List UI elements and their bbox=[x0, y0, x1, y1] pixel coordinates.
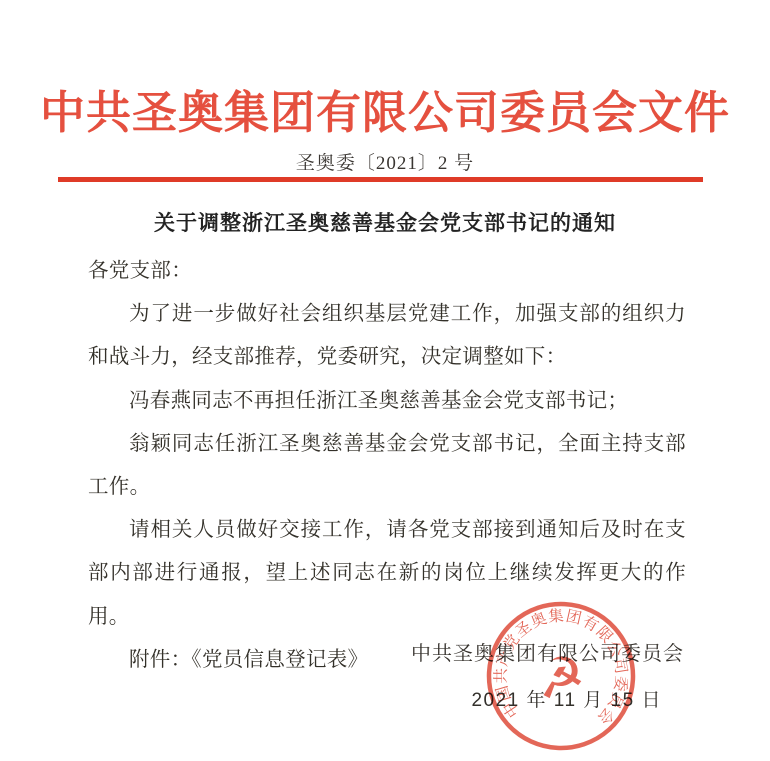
body-paragraph: 冯春燕同志不再担任浙江圣奥慈善基金会党支部书记； bbox=[88, 380, 686, 423]
letterhead-red-rule bbox=[58, 177, 703, 182]
scanned-document-page: 中共圣奥集团有限公司委员会文件 圣奥委〔2021〕2 号 关于调整浙江圣奥慈善基… bbox=[0, 0, 770, 761]
body-paragraph: 为了进一步做好社会组织基层党建工作，加强支部的组织力和战斗力，经支部推荐，党委研… bbox=[88, 293, 686, 379]
hammer-and-sickle-icon: ☭ bbox=[532, 643, 590, 713]
document-title: 关于调整浙江圣奥慈善基金会党支部书记的通知 bbox=[0, 207, 770, 237]
letterhead-org-title: 中共圣奥集团有限公司委员会文件 bbox=[0, 76, 770, 141]
party-committee-seal: 中国共产党圣奥集团有限公司委员会 ☭ bbox=[477, 592, 645, 760]
salutation: 各党支部： bbox=[88, 250, 686, 293]
seal-graphic: 中国共产党圣奥集团有限公司委员会 ☭ bbox=[477, 592, 645, 760]
document-number: 圣奥委〔2021〕2 号 bbox=[0, 148, 770, 175]
body-paragraph: 翁颖同志任浙江圣奥慈善基金会党支部书记，全面主持支部工作。 bbox=[88, 423, 686, 509]
